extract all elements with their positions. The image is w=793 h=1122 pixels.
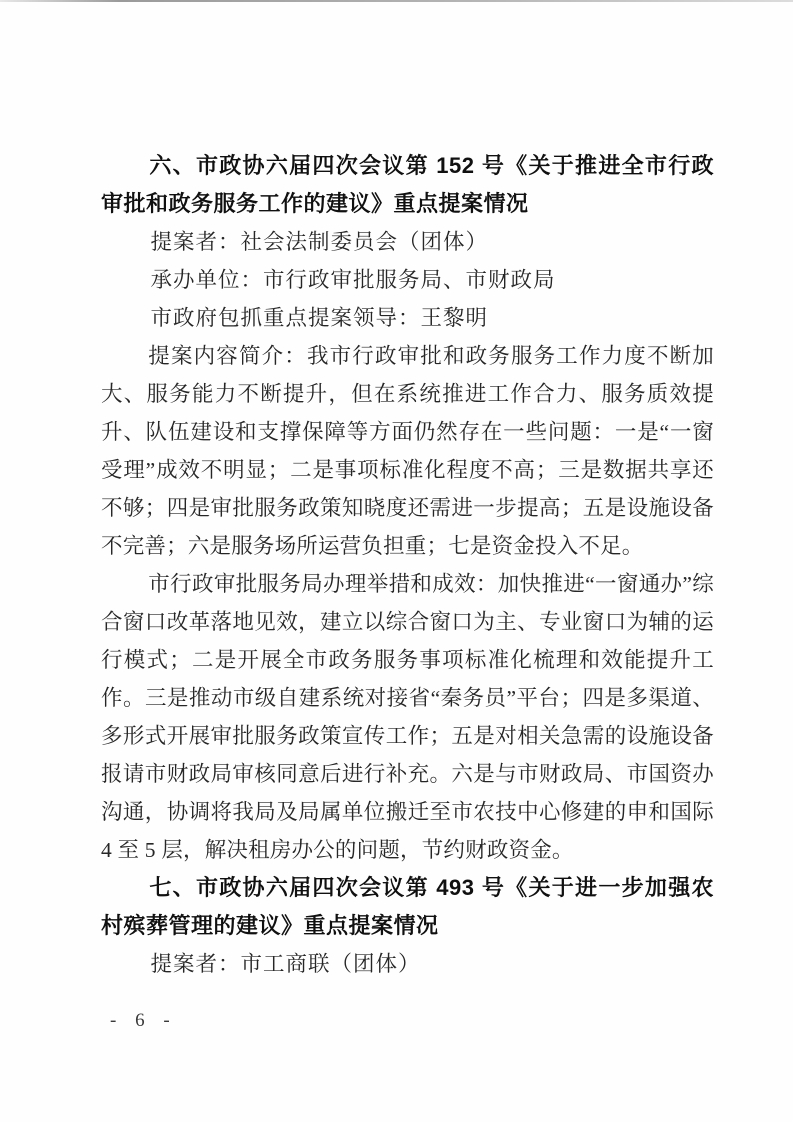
document-page: 六、市政协六届四次会议第 152 号《关于推进全市行政审批和政务服务工作的建议》… [0, 0, 793, 1122]
document-body: 六、市政协六届四次会议第 152 号《关于推进全市行政审批和政务服务工作的建议》… [101, 147, 714, 983]
section-6-leader-line: 市政府包抓重点提案领导：王黎明 [101, 299, 714, 337]
section-6-summary-paragraph: 提案内容简介：我市行政审批和政务服务工作力度不断加大、服务能力不断提升，但在系统… [101, 337, 714, 565]
section-6-proposer-line: 提案者：社会法制委员会（团体） [101, 223, 714, 261]
scan-edge-artifact [0, 0, 793, 2]
section-6-undertaking-unit-line: 承办单位：市行政审批服务局、市财政局 [101, 261, 714, 299]
page-number: - 6 - [110, 1010, 177, 1032]
section-7-heading: 七、市政协六届四次会议第 493 号《关于进一步加强农村殡葬管理的建议》重点提案… [101, 869, 714, 945]
section-6-measures-paragraph: 市行政审批服务局办理举措和成效：加快推进“一窗通办”综合窗口改革落地见效，建立以… [101, 565, 714, 869]
section-6-heading: 六、市政协六届四次会议第 152 号《关于推进全市行政审批和政务服务工作的建议》… [101, 147, 714, 223]
section-7-proposer-line: 提案者：市工商联（团体） [101, 945, 714, 983]
